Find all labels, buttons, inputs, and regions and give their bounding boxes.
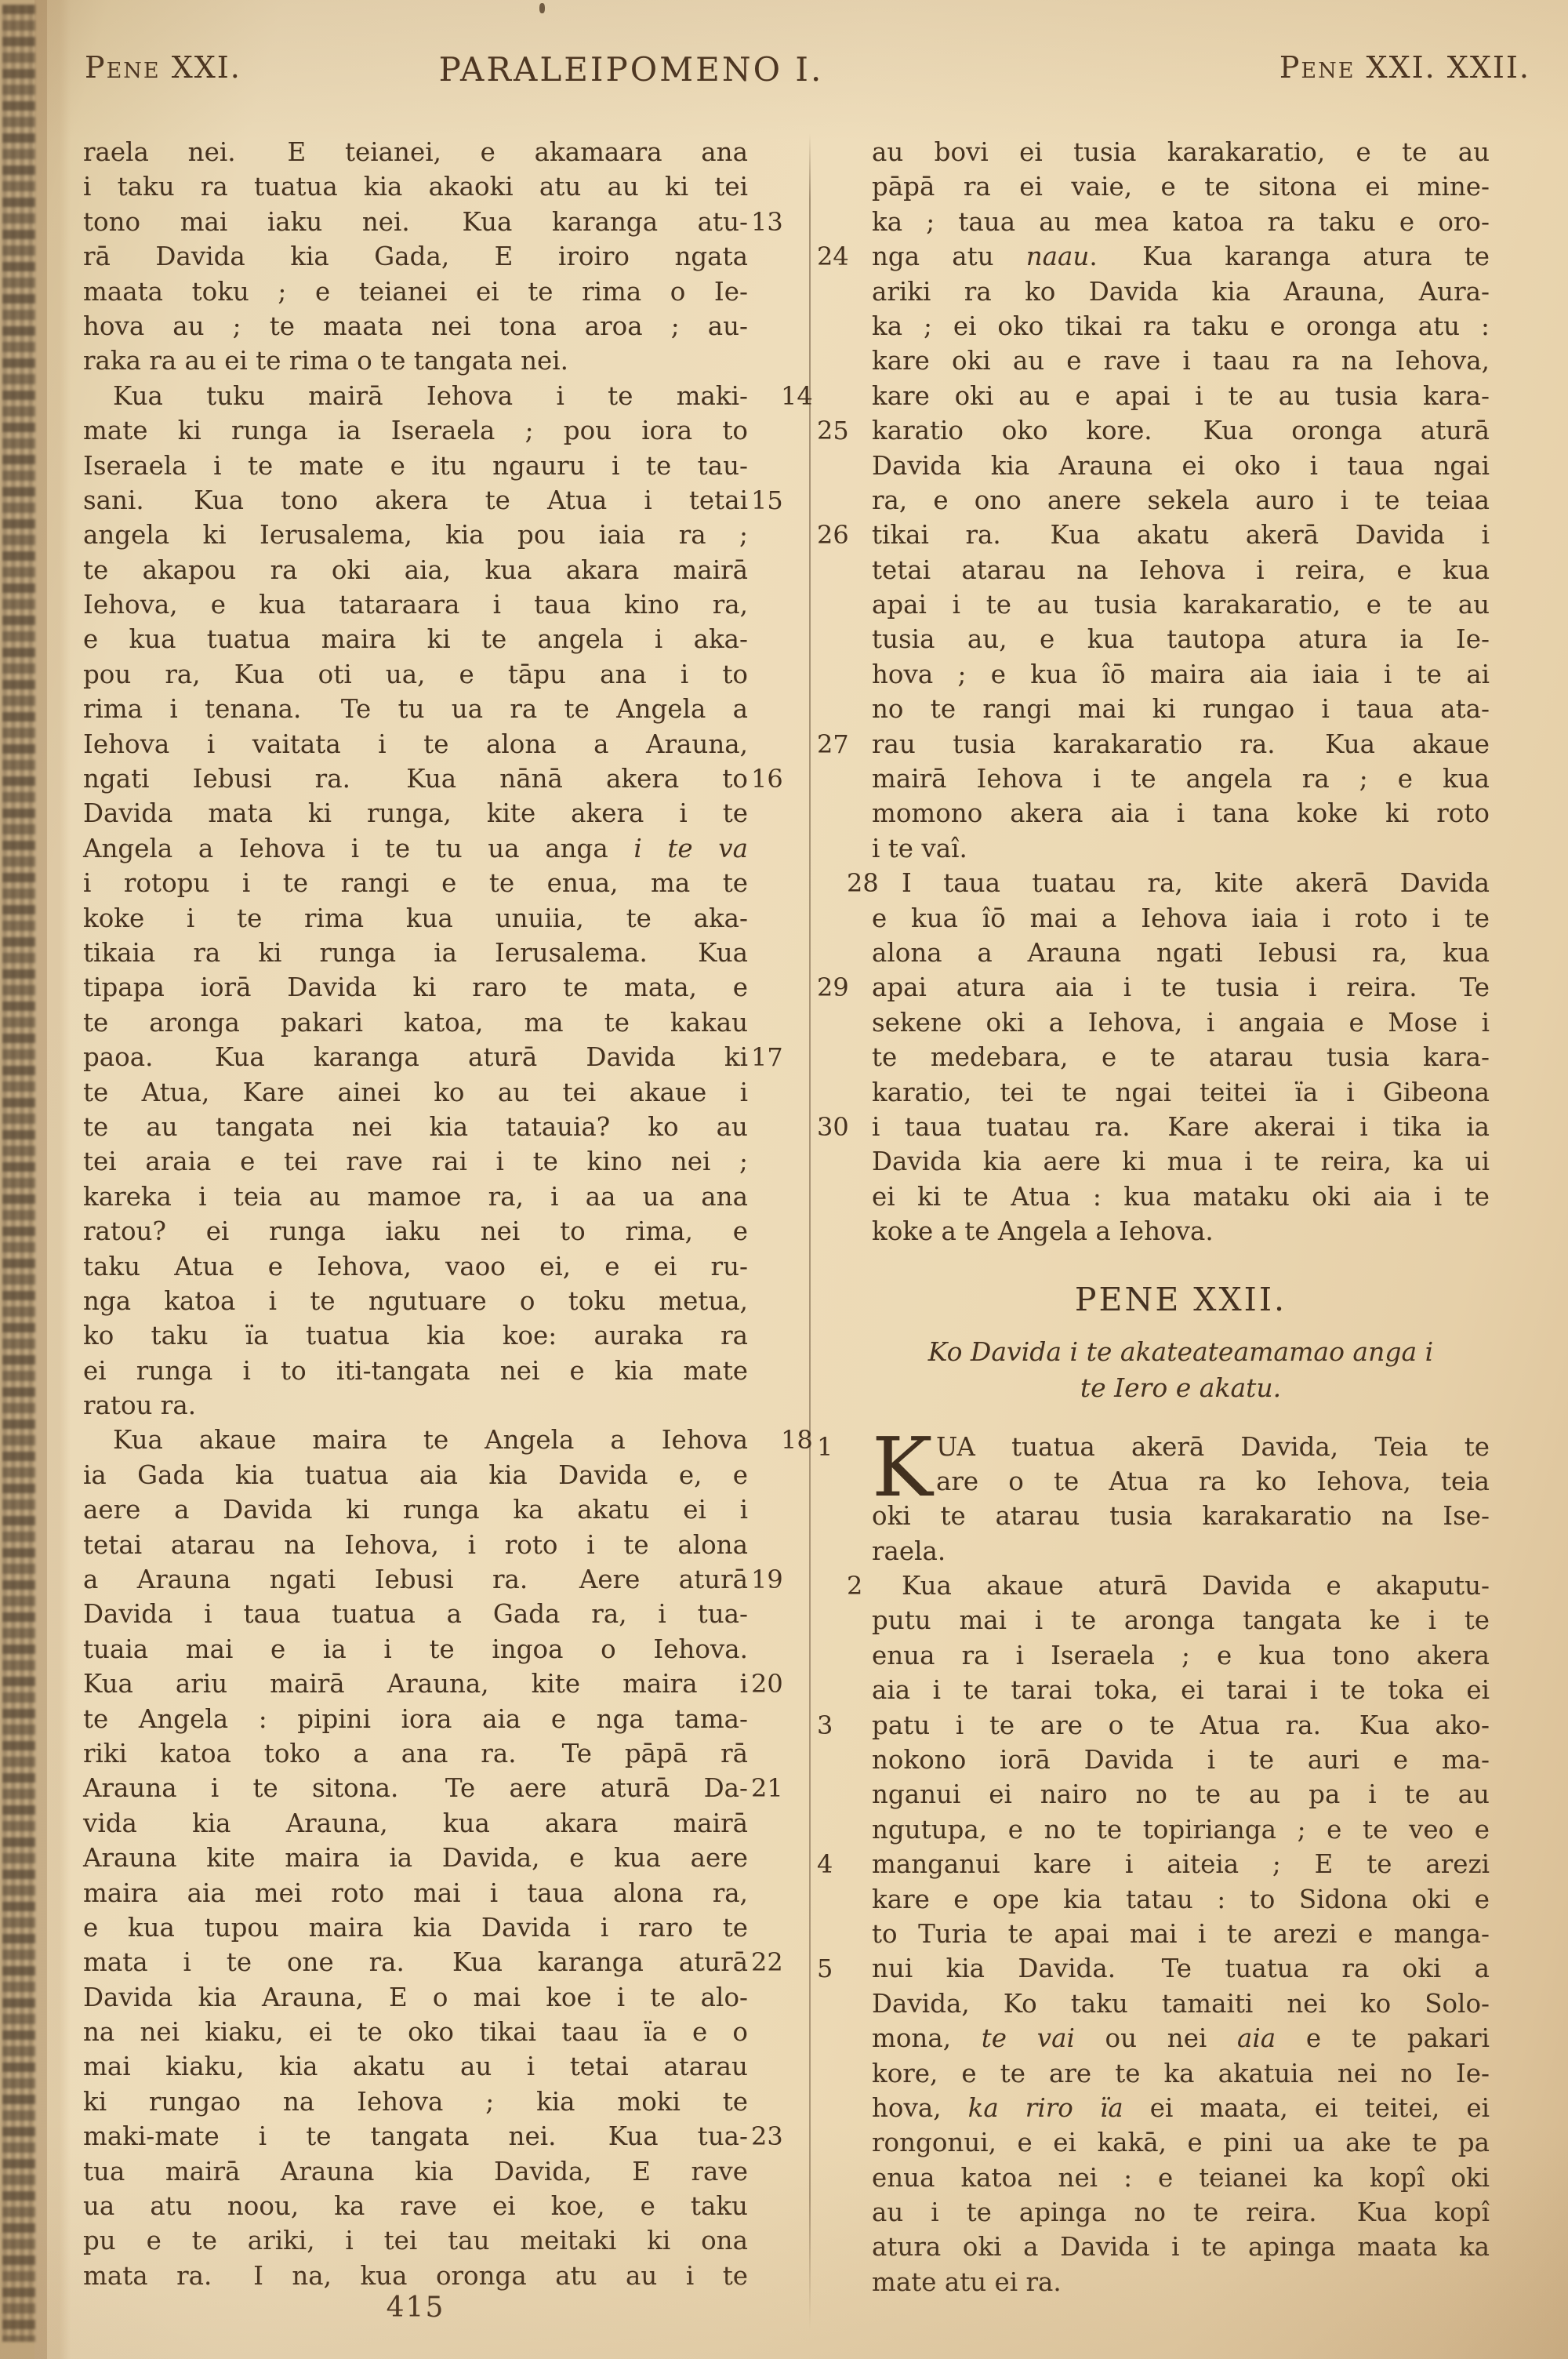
text-line: angela ki Ierusalema, kia pou iaia ra ; — [83, 518, 748, 552]
text-run: te au tangata nei kia tatauia? ko au — [83, 1112, 748, 1142]
text-run: i te vaî. — [872, 834, 967, 863]
column-divider-rule — [809, 133, 811, 2329]
text-run: te akapou ra oki aia, kua akara mairā — [83, 555, 748, 585]
text-line: mai kiaku, kia akatu au i tetai atarau — [83, 2049, 748, 2084]
text-line: tetai atarau na Iehova i reira, e kua — [872, 553, 1490, 587]
text-line: te au tangata nei kia tatauia? ko au — [83, 1110, 748, 1144]
text-line: i te vaî. — [872, 831, 1490, 866]
text-run: e te pakari — [1276, 2023, 1490, 2053]
text-run: . Kua karanga atura te — [1089, 242, 1490, 271]
text-line: ia Gada kia tuatua aia kia Davida e, e — [83, 1458, 748, 1492]
text-run: ki rungao na Iehova ; kia moki te — [83, 2087, 748, 2117]
text-run: raela. — [872, 1536, 946, 1566]
text-run: riki katoa toko a ana ra. Te pāpā rā — [83, 1739, 748, 1768]
text-run: Angela a Iehova i te tu ua anga — [83, 834, 633, 863]
text-line: 27rau tusia karakaratio ra. Kua akaue — [872, 727, 1490, 761]
chapter-summary-line: Ko Davida i te akateateamamao anga i — [872, 1334, 1490, 1370]
text-run: ko taku ïa tuatua kia koe: auraka ra — [83, 1321, 748, 1350]
text-line: Davida i taua tuatua a Gada ra, i tua- — [83, 1597, 748, 1631]
italic-text-run: aia — [1237, 2023, 1276, 2053]
running-head-title: PARALEIPOMENO I. — [235, 50, 1027, 89]
text-run: te medebara, e te atarau tusia kara- — [872, 1042, 1490, 1072]
text-line: vida kia Arauna, kua akara mairā — [83, 1806, 748, 1841]
text-run: Davida kia aere ki mua i te reira, ka ui — [872, 1147, 1490, 1176]
text-line: enua katoa nei : e teianei ka kopî oki — [872, 2161, 1490, 2195]
verse-number: 21 — [751, 1771, 797, 1805]
text-line: nokono iorā Davida i te auri e ma- — [872, 1743, 1490, 1777]
text-line: karatio, tei te ngai teitei ïa i Gibeona — [872, 1075, 1490, 1110]
verse-number: 14 — [751, 379, 797, 413]
text-run: Arauna i te sitona. Te aere aturā Da- — [83, 1773, 748, 1803]
text-run: rima i tenana. Te tu ua ra te Angela a — [83, 694, 748, 724]
verse-number: 22 — [751, 1945, 797, 1979]
text-run: koke a te Angela a Iehova. — [872, 1216, 1214, 1246]
text-line: e kua tupou maira kia Davida i raro te — [83, 1910, 748, 1945]
text-run: paoa. Kua karanga aturā Davida ki — [83, 1042, 748, 1072]
text-run: Arauna kite maira ia Davida, e kua aere — [83, 1843, 748, 1873]
verse-number: 27 — [817, 727, 866, 761]
text-line: maira aia mei roto mai i taua alona ra, — [83, 1876, 748, 1910]
text-run: ngutupa, e no te topirianga ; e te veo e — [872, 1815, 1490, 1845]
text-line: ngutupa, e no te topirianga ; e te veo e — [872, 1812, 1490, 1847]
verse-number: 29 — [817, 970, 866, 1005]
verse-number: 5 — [817, 1951, 866, 1986]
text-run: i taku ra tuatua kia akaoki atu au ki te… — [83, 172, 748, 202]
text-run: na nei kiaku, ei te oko tikai taau ïa e … — [83, 2017, 748, 2047]
text-run: are o te Atua ra ko Iehova, teia — [936, 1467, 1490, 1496]
text-run: te aronga pakari katoa, ma te kakau — [83, 1008, 748, 1038]
text-line: raka ra au ei te rima o te tangata nei. — [83, 343, 748, 378]
text-run: kare e ope kia tatau : to Sidona oki e — [872, 1885, 1490, 1914]
verse-number: 18 — [751, 1423, 797, 1457]
text-line: te Atua, Kare ainei ko au tei akaue i — [83, 1075, 748, 1110]
text-line: mate ki runga ia Iseraela ; pou iora to — [83, 413, 748, 448]
text-run: koke i te rima kua unuiia, te aka- — [83, 903, 748, 933]
text-run: enua ra i Iseraela ; e kua tono akera — [872, 1641, 1490, 1670]
text-line: ka ; taua au mea katoa ra taku e oro- — [872, 205, 1490, 239]
text-line: taku Atua e Iehova, vaoo ei, e ei ru- — [83, 1249, 748, 1284]
verse-number: 30 — [817, 1110, 866, 1144]
text-run: mate ki runga ia Iseraela ; pou iora to — [83, 416, 748, 445]
text-run: alona a Arauna ngati Iebusi ra, kua — [872, 938, 1490, 968]
text-column-right: au bovi ei tusia karakaratio, e te aupāp… — [872, 135, 1490, 2299]
text-line: ra, e ono anere sekela auro i te teiaa — [872, 483, 1490, 518]
text-line: alona a Arauna ngati Iebusi ra, kua — [872, 936, 1490, 970]
text-run: apai atura aia i te tusia i reira. Te — [872, 972, 1490, 1002]
text-run: nui kia Davida. Te tuatua ra oki a — [872, 1954, 1490, 1983]
text-line: 5nui kia Davida. Te tuatua ra oki a — [872, 1951, 1490, 1986]
text-line: na nei kiaku, ei te oko tikai taau ïa e … — [83, 2015, 748, 2049]
text-run: e kua tuatua maira ki te angela i aka- — [83, 624, 748, 654]
text-line: 15sani. Kua tono akera te Atua i tetai — [83, 483, 748, 518]
text-run: Kua ariu mairā Arauna, kite maira i — [83, 1669, 748, 1699]
verse-number: 19 — [751, 1562, 797, 1597]
text-run: tusia au, e kua tautopa atura ia Ie- — [872, 624, 1490, 654]
text-column-left: raela nei. E teianei, e akamaara anai ta… — [83, 135, 748, 2293]
text-run: tei araia e tei rave rai i te kino nei ; — [83, 1147, 748, 1176]
text-line: pou ra, Kua oti ua, e tāpu ana i to — [83, 657, 748, 692]
text-line: K1UA tuatua akerā Davida, Teia te — [872, 1430, 1490, 1464]
text-run: Iehova i vaitata i te alona a Arauna, — [83, 729, 748, 759]
text-line: 22mata i te one ra. Kua karanga aturā — [83, 1945, 748, 1979]
text-line: 30i taua tuatau ra. Kare akerai i tika i… — [872, 1110, 1490, 1144]
text-run: oki te atarau tusia karakaratio na Ise- — [872, 1501, 1490, 1531]
text-run: tipapa iorā Davida ki raro te mata, e — [83, 972, 748, 1002]
facing-page-text-fragments — [2, 5, 35, 2342]
text-run: i rotopu i te rangi e te enua, ma te — [83, 868, 748, 898]
text-line: 4manganui kare i aiteia ; E te arezi — [872, 1847, 1490, 1881]
page-number: 415 — [83, 2292, 748, 2324]
text-run: karatio oko kore. Kua oronga aturā — [872, 416, 1490, 445]
text-line: Iehova i vaitata i te alona a Arauna, — [83, 727, 748, 761]
text-line: 2Kua akaue aturā Davida e akaputu- — [872, 1568, 1490, 1603]
text-run: sekene oki a Iehova, i angaia e Mose i — [872, 1008, 1490, 1038]
text-run: ka ; ei oko tikai ra taku e oronga atu : — [872, 311, 1490, 341]
verse-number: 2 — [817, 1568, 866, 1603]
text-line: riki katoa toko a ana ra. Te pāpā rā — [83, 1736, 748, 1771]
text-run: karatio, tei te ngai teitei ïa i Gibeona — [872, 1078, 1490, 1107]
text-line: aere a Davida ki runga ka akatu ei i — [83, 1492, 748, 1527]
text-line: Iseraela i te mate e itu ngauru i te tau… — [83, 449, 748, 483]
text-line: maata toku ; e teianei ei te rima o Ie- — [83, 274, 748, 309]
text-run: rā Davida kia Gada, E iroiro ngata — [83, 242, 748, 271]
text-line: apai i te au tusia karakaratio, e te au — [872, 587, 1490, 622]
text-run: nga katoa i te ngutuare o toku metua, — [83, 1286, 748, 1316]
text-line: are o te Atua ra ko Iehova, teia — [872, 1464, 1490, 1499]
text-run: mata i te one ra. Kua karanga aturā — [83, 1947, 748, 1977]
text-run: hova ; e kua îō maira aia iaia i te ai — [872, 660, 1490, 689]
text-line: mata ra. I na, kua oronga atu au i te — [83, 2259, 748, 2293]
text-line: ua atu noou, ka rave ei koe, e taku — [83, 2189, 748, 2223]
text-line: 19a Arauna ngati Iebusi ra. Aere aturā — [83, 1562, 748, 1597]
text-line: enua ra i Iseraela ; e kua tono akera — [872, 1638, 1490, 1673]
text-line: rima i tenana. Te tu ua ra te Angela a — [83, 692, 748, 726]
text-line: tei araia e tei rave rai i te kino nei ; — [83, 1144, 748, 1179]
text-run: mai kiaku, kia akatu au i tetai atarau — [83, 2052, 748, 2081]
text-run: hova, — [872, 2093, 968, 2123]
text-line: koke a te Angela a Iehova. — [872, 1214, 1490, 1249]
text-line: nganui ei nairo no te au pa i te au — [872, 1777, 1490, 1812]
text-run: e kua îō mai a Iehova iaia i roto i te — [872, 903, 1490, 933]
chapter-heading: PENE XXII. — [872, 1281, 1490, 1318]
text-line: oki te atarau tusia karakaratio na Ise- — [872, 1499, 1490, 1533]
text-run: ariki ra ko Davida kia Arauna, Aura- — [872, 277, 1490, 307]
text-line: 23maki-mate i te tangata nei. Kua tua- — [83, 2119, 748, 2154]
running-head-left: Pene XXI. — [85, 50, 241, 85]
italic-text-run: te vai — [982, 2023, 1075, 2053]
book-page-photo: Pene XXI. PARALEIPOMENO I. Pene XXI. XXI… — [0, 0, 1568, 2359]
chapter-summary-line: te Iero e akatu. — [872, 1370, 1490, 1406]
text-line: mairā Iehova i te angela ra ; e kua — [872, 761, 1490, 796]
text-line: Iehova, e kua tataraara i taua kino ra, — [83, 587, 748, 622]
text-line: tuaia mai e ia i te ingoa o Iehova. — [83, 1632, 748, 1667]
text-run: pāpā ra ei vaie, e te sitona ei mine- — [872, 172, 1490, 202]
text-line: 16ngati Iebusi ra. Kua nānā akera to — [83, 761, 748, 796]
text-run: maki-mate i te tangata nei. Kua tua- — [83, 2121, 748, 2151]
text-run: ua atu noou, ka rave ei koe, e taku — [83, 2191, 748, 2221]
text-line: no te rangi mai ki rungao i taua ata- — [872, 692, 1490, 726]
text-line: ei ki te Atua : kua mataku oki aia i te — [872, 1179, 1490, 1214]
text-run: ngati Iebusi ra. Kua nānā akera to — [83, 764, 748, 794]
text-line: Davida kia aere ki mua i te reira, ka ui — [872, 1144, 1490, 1179]
text-line: 17paoa. Kua karanga aturā Davida ki — [83, 1040, 748, 1074]
text-line: kore, e te are te ka akatuia nei no Ie- — [872, 2056, 1490, 2091]
text-run: maira aia mei roto mai i taua alona ra, — [83, 1878, 748, 1908]
text-line: to Turia te apai mai i te arezi e manga- — [872, 1917, 1490, 1951]
text-line: raela nei. E teianei, e akamaara ana — [83, 135, 748, 169]
verse-number: 25 — [817, 413, 866, 448]
text-line: 13tono mai iaku nei. Kua karanga atu- — [83, 205, 748, 239]
verse-number: 4 — [817, 1847, 866, 1881]
text-run: au bovi ei tusia karakaratio, e te au — [872, 137, 1490, 167]
verse-number: 28 — [817, 866, 866, 900]
text-line: i rotopu i te rangi e te enua, ma te — [83, 866, 748, 900]
text-run: te Angela : pipini iora aia e nga tama- — [83, 1704, 748, 1734]
text-run: ei ki te Atua : kua mataku oki aia i te — [872, 1182, 1490, 1212]
text-line: i taku ra tuatua kia akaoki atu au ki te… — [83, 169, 748, 204]
text-line: koke i te rima kua unuiia, te aka- — [83, 901, 748, 936]
text-run: sani. Kua tono akera te Atua i tetai — [83, 485, 748, 515]
text-line: tipapa iorā Davida ki raro te mata, e — [83, 970, 748, 1005]
text-run: kare oki au e rave i taau ra na Iehova, — [872, 346, 1490, 376]
text-line: 20Kua ariu mairā Arauna, kite maira i — [83, 1667, 748, 1701]
text-run: ou nei — [1075, 2023, 1237, 2053]
text-run: a Arauna ngati Iebusi ra. Aere aturā — [83, 1565, 748, 1594]
text-line: mate atu ei ra. — [872, 2265, 1490, 2299]
text-run: ia Gada kia tuatua aia kia Davida e, e — [83, 1460, 748, 1490]
column-right-lower-lines: K1UA tuatua akerā Davida, Teia teare o t… — [872, 1430, 1490, 2300]
chapter-summary: Ko Davida i te akateateamamao anga i te … — [872, 1334, 1490, 1406]
text-run: pou ra, Kua oti ua, e tāpu ana i to — [83, 660, 748, 689]
text-run: maata toku ; e teianei ei te rima o Ie- — [83, 277, 748, 307]
text-line: au i te apinga no te reira. Kua kopî — [872, 2195, 1490, 2230]
text-line: 14Kua tuku mairā Iehova i te maki- — [83, 379, 748, 413]
text-run: atura oki a Davida i te apinga maata ka — [872, 2232, 1490, 2262]
text-line: 18Kua akaue maira te Angela a Iehova — [83, 1423, 748, 1457]
verse-number: 23 — [751, 2119, 797, 2154]
text-line: Davida, Ko taku tamaiti nei ko Solo- — [872, 1986, 1490, 2021]
text-run: momono akera aia i tana koke ki roto — [872, 798, 1490, 828]
text-line: tua mairā Arauna kia Davida, E rave — [83, 2154, 748, 2189]
text-run: rau tusia karakaratio ra. Kua akaue — [872, 729, 1490, 759]
text-run: tua mairā Arauna kia Davida, E rave — [83, 2157, 748, 2186]
text-run: nganui ei nairo no te au pa i te au — [872, 1779, 1490, 1809]
text-run: tikai ra. Kua akatu akerā Davida i — [872, 520, 1490, 550]
text-run: to Turia te apai mai i te arezi e manga- — [872, 1919, 1490, 1949]
text-line: tikaia ra ki runga ia Ierusalema. Kua — [83, 936, 748, 970]
text-run: enua katoa nei : e teianei ka kopî oki — [872, 2163, 1490, 2193]
text-run: pu e te ariki, i tei tau meitaki ki ona — [83, 2226, 748, 2255]
text-run: putu mai i te aronga tangata ke i te — [872, 1605, 1490, 1635]
text-line: 21Arauna i te sitona. Te aere aturā Da- — [83, 1771, 748, 1805]
text-line: Angela a Iehova i te tu ua anga i te va — [83, 831, 748, 866]
text-line: sekene oki a Iehova, i angaia e Mose i — [872, 1005, 1490, 1040]
text-line: e kua îō mai a Iehova iaia i roto i te — [872, 901, 1490, 936]
text-run: aere a Davida ki runga ka akatu ei i — [83, 1495, 748, 1525]
italic-text-run: ka riro ïa — [968, 2093, 1123, 2123]
text-line: 24nga atu naau. Kua karanga atura te — [872, 239, 1490, 274]
text-run: kare oki au e apai i te au tusia kara- — [872, 381, 1490, 411]
verse-number: 20 — [751, 1667, 797, 1701]
text-line: kareka i teia au mamoe ra, i aa ua ana — [83, 1179, 748, 1214]
text-line: te akapou ra oki aia, kua akara mairā — [83, 553, 748, 587]
text-line: pāpā ra ei vaie, e te sitona ei mine- — [872, 169, 1490, 204]
text-run: Iseraela i te mate e itu ngauru i te tau… — [83, 451, 748, 481]
text-run: kareka i teia au mamoe ra, i aa ua ana — [83, 1182, 748, 1212]
text-line: 3patu i te are o te Atua ra. Kua ako- — [872, 1708, 1490, 1743]
text-run: UA tuatua akerā Davida, Teia te — [936, 1432, 1490, 1462]
text-line: putu mai i te aronga tangata ke i te — [872, 1603, 1490, 1637]
text-line: te aronga pakari katoa, ma te kakau — [83, 1005, 748, 1040]
text-line: te medebara, e te atarau tusia kara- — [872, 1040, 1490, 1074]
text-run: Kua akaue aturā Davida e akaputu- — [902, 1571, 1490, 1601]
text-line: tusia au, e kua tautopa atura ia Ie- — [872, 622, 1490, 656]
text-run: mona, — [872, 2023, 982, 2053]
text-line: 25karatio oko kore. Kua oronga aturā — [872, 413, 1490, 448]
text-run: Davida i taua tuatua a Gada ra, i tua- — [83, 1599, 748, 1629]
text-line: e kua tuatua maira ki te angela i aka- — [83, 622, 748, 656]
text-line: ki rungao na Iehova ; kia moki te — [83, 2085, 748, 2119]
text-run: mata ra. I na, kua oronga atu au i te — [83, 2261, 748, 2291]
text-run: raka ra au ei te rima o te tangata nei. — [83, 346, 568, 376]
text-line: momono akera aia i tana koke ki roto — [872, 796, 1490, 831]
text-run: ra, e ono anere sekela auro i te teiaa — [872, 485, 1490, 515]
text-run: nokono iorā Davida i te auri e ma- — [872, 1745, 1490, 1775]
text-run: Davida kia Arauna ei oko i taua ngai — [872, 451, 1490, 481]
text-run: hova au ; te maata nei tona aroa ; au- — [83, 311, 748, 341]
text-line: 28I taua tuatau ra, kite akerā Davida — [872, 866, 1490, 900]
verse-number: 1 — [817, 1430, 866, 1464]
ink-speck — [539, 3, 545, 13]
text-line: ka ; ei oko tikai ra taku e oronga atu : — [872, 309, 1490, 343]
text-line: Arauna kite maira ia Davida, e kua aere — [83, 1841, 748, 1875]
text-run: raela nei. E teianei, e akamaara ana — [83, 137, 748, 167]
text-line: ei runga i to iti-tangata nei e kia mate — [83, 1354, 748, 1388]
text-line: hova au ; te maata nei tona aroa ; au- — [83, 309, 748, 343]
text-line: Davida kia Arauna, E o mai koe i te alo- — [83, 1980, 748, 2015]
text-line: rā Davida kia Gada, E iroiro ngata — [83, 239, 748, 274]
text-run: vida kia Arauna, kua akara mairā — [83, 1808, 748, 1838]
text-line: raela. — [872, 1534, 1490, 1568]
text-line: kare oki au e apai i te au tusia kara- — [872, 379, 1490, 413]
verse-number: 16 — [751, 761, 797, 796]
text-line: mona, te vai ou nei aia e te pakari — [872, 2021, 1490, 2055]
text-run: Kua tuku mairā Iehova i te maki- — [113, 381, 748, 411]
verse-number: 26 — [817, 518, 866, 552]
text-run: Davida mata ki runga, kite akera i te — [83, 798, 748, 828]
text-line: pu e te ariki, i tei tau meitaki ki ona — [83, 2223, 748, 2258]
text-line: hova ; e kua îō maira aia iaia i te ai — [872, 657, 1490, 692]
text-run: no te rangi mai ki rungao i taua ata- — [872, 694, 1490, 724]
text-line: ratou ra. — [83, 1388, 748, 1423]
text-run: au i te apinga no te reira. Kua kopî — [872, 2197, 1490, 2227]
text-run: ratou ra. — [83, 1390, 196, 1420]
text-line: kare oki au e rave i taau ra na Iehova, — [872, 343, 1490, 378]
text-run: rongonui, e ei kakā, e pini ua ake te pa — [872, 2128, 1490, 2157]
text-line: rongonui, e ei kakā, e pini ua ake te pa — [872, 2125, 1490, 2160]
text-line: ariki ra ko Davida kia Arauna, Aura- — [872, 274, 1490, 309]
text-run: tetai atarau na Iehova, i roto i te alon… — [83, 1530, 748, 1560]
text-run: angela ki Ierusalema, kia pou iaia ra ; — [83, 520, 748, 550]
text-run: e kua tupou maira kia Davida i raro te — [83, 1913, 748, 1943]
italic-text-run: naau — [1026, 242, 1090, 271]
text-run: ei maata, ei teitei, ei — [1123, 2093, 1490, 2123]
text-line: ko taku ïa tuatua kia koe: auraka ra — [83, 1318, 748, 1353]
text-run: Kua akaue maira te Angela a Iehova — [113, 1425, 748, 1455]
text-line: au bovi ei tusia karakaratio, e te au — [872, 135, 1490, 169]
text-run: tikaia ra ki runga ia Ierusalema. Kua — [83, 938, 748, 968]
text-run: Davida kia Arauna, E o mai koe i te alo- — [83, 1983, 748, 2012]
text-run: taku Atua e Iehova, vaoo ei, e ei ru- — [83, 1252, 748, 1281]
verse-number: 3 — [817, 1708, 866, 1743]
text-run: Davida, Ko taku tamaiti nei ko Solo- — [872, 1989, 1490, 2019]
text-run: Iehova, e kua tataraara i taua kino ra, — [83, 590, 748, 620]
text-run: manganui kare i aiteia ; E te arezi — [872, 1849, 1490, 1879]
text-run: ei runga i to iti-tangata nei e kia mate — [83, 1356, 748, 1386]
text-line: Davida kia Arauna ei oko i taua ngai — [872, 449, 1490, 483]
text-run: ka ; taua au mea katoa ra taku e oro- — [872, 207, 1490, 237]
text-line: atura oki a Davida i te apinga maata ka — [872, 2230, 1490, 2264]
verse-number: 24 — [817, 239, 866, 274]
text-run: tono mai iaku nei. Kua karanga atu- — [83, 207, 748, 237]
text-run: tetai atarau na Iehova i reira, e kua — [872, 555, 1490, 585]
text-line: hova, ka riro ïa ei maata, ei teitei, ei — [872, 2091, 1490, 2125]
binding-edge — [0, 0, 71, 2359]
text-line: aia i te tarai toka, ei tarai i te toka … — [872, 1673, 1490, 1707]
verse-number: 15 — [751, 483, 797, 518]
text-line: te Angela : pipini iora aia e nga tama- — [83, 1702, 748, 1736]
text-line: ratou? ei runga iaku nei to rima, e — [83, 1214, 748, 1249]
text-run: i taua tuatau ra. Kare akerai i tika ia — [872, 1112, 1490, 1142]
text-run: nga atu — [872, 242, 1026, 271]
text-line: nga katoa i te ngutuare o toku metua, — [83, 1284, 748, 1318]
text-run: tuaia mai e ia i te ingoa o Iehova. — [83, 1634, 748, 1664]
verse-number: 13 — [751, 205, 797, 239]
text-run: mate atu ei ra. — [872, 2267, 1062, 2297]
text-run: ratou? ei runga iaku nei to rima, e — [83, 1216, 748, 1246]
text-run: apai i te au tusia karakaratio, e te au — [872, 590, 1490, 620]
text-run: te Atua, Kare ainei ko au tei akaue i — [83, 1078, 748, 1107]
text-run: patu i te are o te Atua ra. Kua ako- — [872, 1710, 1490, 1740]
text-run: aia i te tarai toka, ei tarai i te toka … — [872, 1675, 1490, 1705]
text-line: 26tikai ra. Kua akatu akerā Davida i — [872, 518, 1490, 552]
text-line: Davida mata ki runga, kite akera i te — [83, 796, 748, 831]
column-right-upper-lines: au bovi ei tusia karakaratio, e te aupāp… — [872, 135, 1490, 1249]
running-head-right: Pene XXI. XXII. — [1207, 50, 1530, 85]
italic-text-run: i te va — [633, 834, 748, 863]
text-run: mairā Iehova i te angela ra ; e kua — [872, 764, 1490, 794]
text-line: 29apai atura aia i te tusia i reira. Te — [872, 970, 1490, 1005]
text-run: kore, e te are te ka akatuia nei no Ie- — [872, 2059, 1490, 2088]
text-run: I taua tuatau ra, kite akerā Davida — [902, 868, 1490, 898]
text-line: kare e ope kia tatau : to Sidona oki e — [872, 1882, 1490, 1917]
text-line: tetai atarau na Iehova, i roto i te alon… — [83, 1528, 748, 1562]
verse-number: 17 — [751, 1040, 797, 1074]
